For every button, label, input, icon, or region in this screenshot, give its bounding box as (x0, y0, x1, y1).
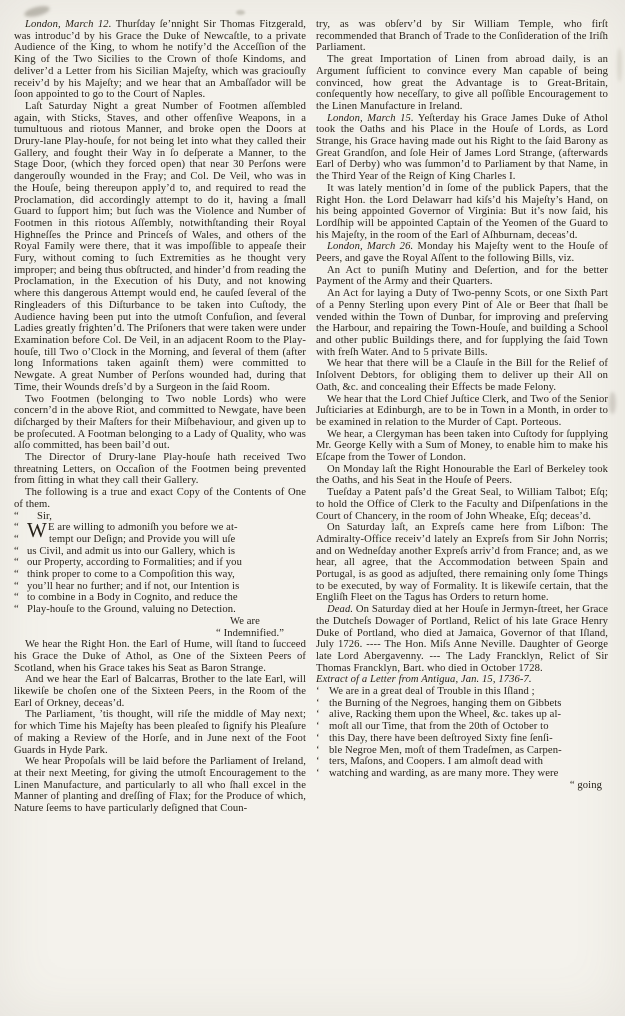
paragraph: We hear that there will be a Clauſe in t… (316, 358, 608, 393)
letter-line: We are (14, 616, 306, 628)
letter-line-text: tempt our Deſign; and Provide you will u… (27, 534, 306, 546)
paragraph: The Parliament, ’tis thought, will riſe … (14, 709, 306, 756)
letter-line: “us Civil, and admit us into our Gallery… (14, 546, 306, 558)
dateline-paragraph: London, March 26. Monday his Majeſty wen… (316, 241, 608, 264)
paragraph: We hear that the Lord Chief Juſtice Cler… (316, 394, 608, 429)
paragraph: An Act to puniſh Mutiny and Deſertion, a… (316, 265, 608, 288)
letter-line-text: Play-houſe to the Ground, valuing no Det… (27, 604, 306, 616)
letter-line-text: Sir, (27, 511, 306, 523)
quoted-letter: ‘We are in a great deal of Trouble in th… (316, 686, 608, 791)
letter-line-text: ters, Maſons, and Coopers. I am almoſt d… (329, 756, 608, 768)
paragraph: An Act for laying a Duty of Two-penny Sc… (316, 288, 608, 358)
newspaper-column-right: try, as was obſerv’d by Sir William Temp… (316, 19, 608, 815)
dateline-paragraph: London, March 12. Thurſday ſe’nnight Sir… (14, 19, 306, 101)
paragraph: On Saturday laſt, an Expreſs came here f… (316, 522, 608, 604)
paragraph: We hear the Right Hon. the Earl of Hume,… (14, 639, 306, 674)
paragraph: Laſt Saturday Night a great Number of Fo… (14, 101, 306, 394)
letter-line-text: We are in a great deal of Trouble in thi… (329, 686, 608, 698)
letter-line-text: watching and warding, as are many more. … (329, 768, 608, 780)
quote-mark: “ (14, 569, 27, 581)
paragraph: Two Footmen (belonging to Two noble Lord… (14, 394, 306, 453)
newspaper-page: { "page": { "paper_color": "#f4f2ec", "i… (0, 0, 625, 1016)
letter-line: “WE are willing to admoniſh you before w… (14, 522, 306, 534)
quote-mark: “ (14, 522, 27, 534)
paragraph: The Director of Drury-lane Play-houſe ha… (14, 452, 306, 487)
letter-line: “you’ll hear no further; and if not, our… (14, 581, 306, 593)
paragraph: Tueſday a Patent paſs’d the Great Seal, … (316, 487, 608, 522)
quote-mark: ‘ (316, 698, 329, 710)
letter-line: “Sir, (14, 511, 306, 523)
letter-line: ‘the Burning of the Negroes, hanging the… (316, 698, 608, 710)
quote-mark: ‘ (316, 756, 329, 768)
paragraph: We hear Propoſals will be laid before th… (14, 756, 306, 815)
quote-mark: “ (14, 534, 27, 546)
letter-line-text: moſt all our Time, that from the 20th of… (329, 721, 608, 733)
dateline: London, March 15. (327, 113, 414, 124)
dateline: London, March 12. (25, 19, 111, 30)
quote-mark: “ (14, 557, 27, 569)
quote-mark: “ (14, 546, 27, 558)
paragraph: The following is a true and exact Copy o… (14, 487, 306, 510)
quote-mark: “ (14, 592, 27, 604)
column-container: London, March 12. Thurſday ſe’nnight Sir… (14, 19, 609, 815)
paragraph: try, as was obſerv’d by Sir William Temp… (316, 19, 608, 54)
italic-heading: Extract of a Letter from Antigua, Jan. 1… (316, 674, 608, 686)
letter-line: “think proper to come to a Compoſition t… (14, 569, 306, 581)
letter-line: ‘ters, Maſons, and Coopers. I am almoſt … (316, 756, 608, 768)
ink-speck (236, 10, 245, 15)
quote-mark: ‘ (316, 709, 329, 721)
quote-mark: ‘ (316, 768, 329, 780)
paragraph: On Monday laſt the Right Honourable the … (316, 464, 608, 487)
letter-line-text: the Burning of the Negroes, hanging them… (329, 698, 608, 710)
letter-line: “to combine in a Body in Cognito, and re… (14, 592, 306, 604)
letter-line-text: think proper to come to a Compoſition th… (27, 569, 306, 581)
catchword: “ going (316, 780, 608, 792)
letter-line-text: our Property, according to Formalities; … (27, 557, 306, 569)
quoted-letter: “Sir,“WE are willing to admoniſh you bef… (14, 511, 306, 640)
page-edge-mark (609, 392, 616, 414)
letter-line-text: to combine in a Body in Cognito, and red… (27, 592, 306, 604)
quote-mark: ‘ (316, 686, 329, 698)
letter-line-text: this Day, there have been deſtroyed Sixt… (329, 733, 608, 745)
letter-line-text: you’ll hear no further; and if not, our … (27, 581, 306, 593)
page-surface: London, March 12. Thurſday ſe’nnight Sir… (0, 0, 625, 1016)
page-edge-mark (617, 48, 622, 82)
letter-line: ‘watching and warding, as are many more.… (316, 768, 608, 780)
letter-line-text: us Civil, and admit us into our Gallery,… (27, 546, 306, 558)
paragraph: And we hear the Earl of Balcarras, Broth… (14, 674, 306, 709)
quote-mark: ‘ (316, 721, 329, 733)
letter-line: ‘alive, Racking them upon the Wheel, &c.… (316, 709, 608, 721)
letter-line: “ Indemnified.” (14, 628, 306, 640)
newspaper-column-left: London, March 12. Thurſday ſe’nnight Sir… (14, 19, 306, 815)
letter-line-text: WE are willing to admoniſh you before we… (27, 522, 306, 534)
letter-line: ‘We are in a great deal of Trouble in th… (316, 686, 608, 698)
quote-mark: “ (14, 581, 27, 593)
letter-line: ‘ble Negroe Men, moſt of them Tradeſmen,… (316, 745, 608, 757)
letter-line: ‘moſt all our Time, that from the 20th o… (316, 721, 608, 733)
letter-line: “Play-houſe to the Ground, valuing no De… (14, 604, 306, 616)
quote-mark: “ (14, 511, 27, 523)
ink-smudge (23, 4, 50, 19)
paragraph: It was lately mention’d in ſome of the p… (316, 183, 608, 242)
drop-cap: W (27, 521, 48, 532)
quote-mark: “ (14, 604, 27, 616)
paragraph: The great Importation of Linen from abro… (316, 54, 608, 113)
quote-mark: ‘ (316, 733, 329, 745)
letter-line-text: ble Negroe Men, moſt of them Tradeſmen, … (329, 745, 608, 757)
quote-mark: ‘ (316, 745, 329, 757)
letter-line-text: alive, Racking them upon the Wheel, &c. … (329, 709, 608, 721)
dateline-paragraph: Dead. On Saturday died at her Houſe in J… (316, 604, 608, 674)
letter-line: “our Property, according to Formalities;… (14, 557, 306, 569)
dateline: London, March 26. (327, 241, 413, 252)
letter-line: “tempt our Deſign; and Provide you will … (14, 534, 306, 546)
letter-line: ‘this Day, there have been deſtroyed Six… (316, 733, 608, 745)
dateline: Dead. (327, 604, 353, 615)
dateline-paragraph: London, March 15. Yeſterday his Grace Ja… (316, 113, 608, 183)
paragraph: We hear, a Clergyman has been taken into… (316, 429, 608, 464)
